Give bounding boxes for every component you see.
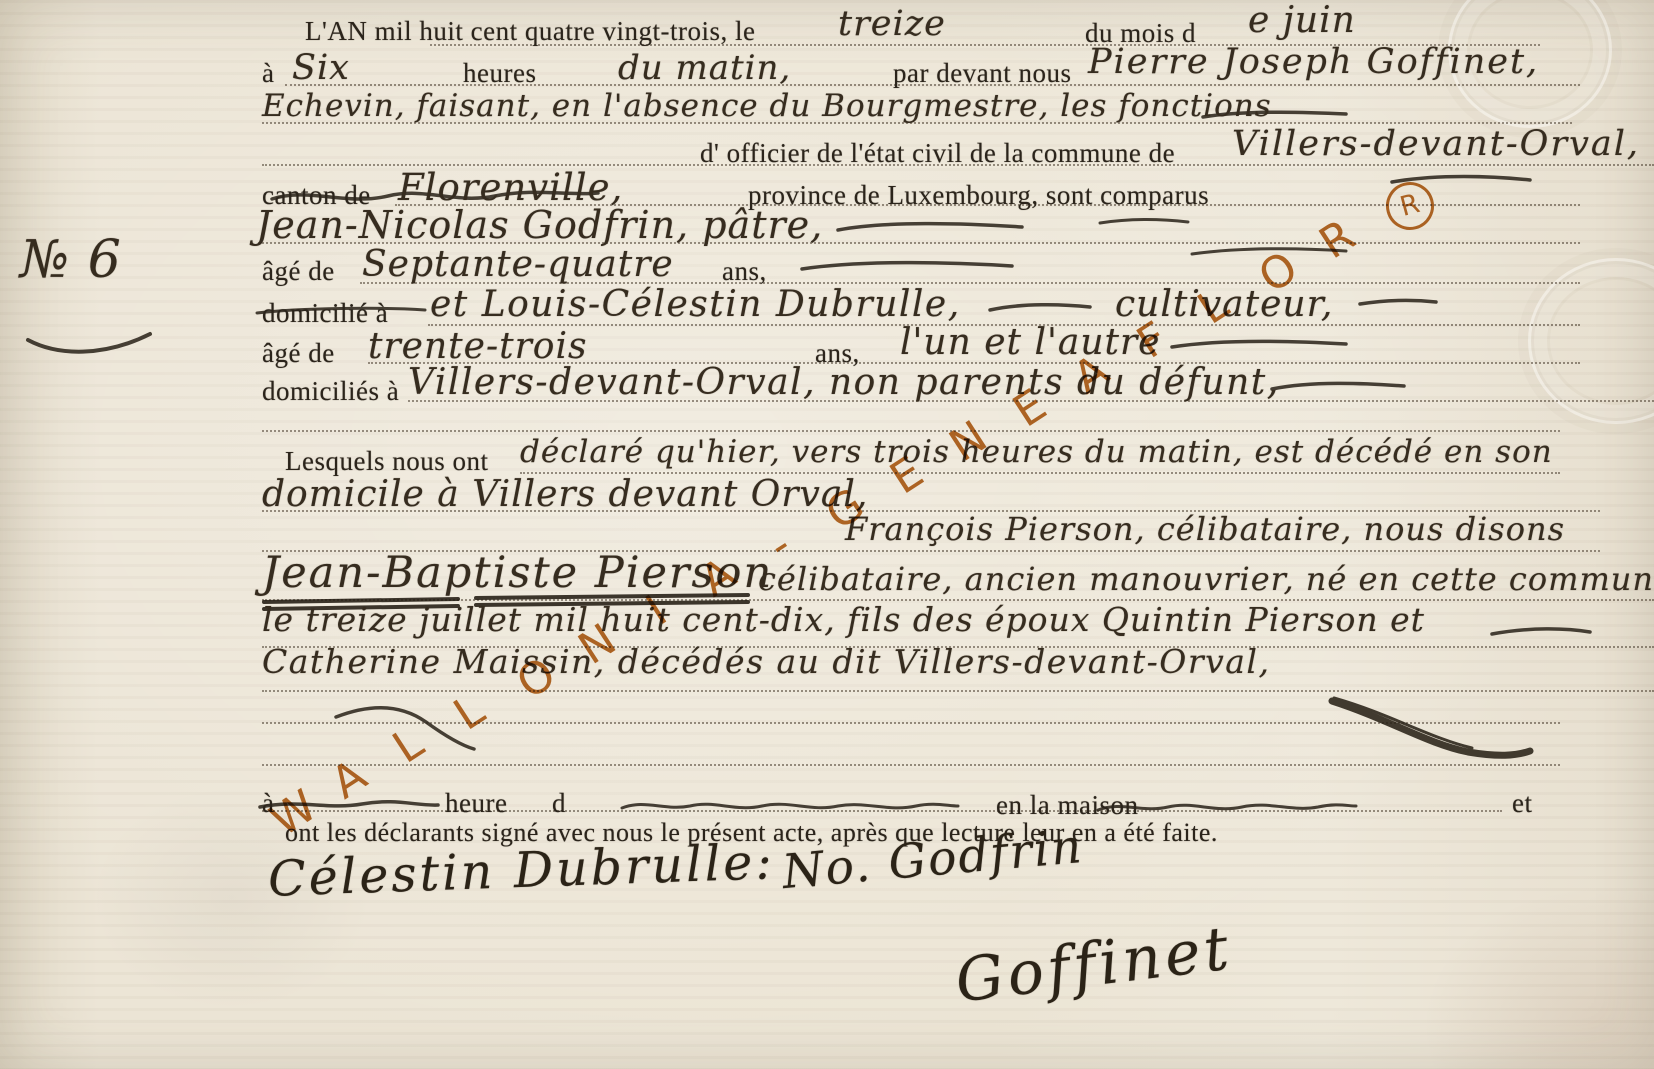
form-text-at: à — [262, 58, 274, 89]
dotted-rule — [262, 764, 1560, 766]
entry-witness2-age: trente-trois — [368, 326, 587, 367]
act-number: № 6 — [20, 230, 122, 290]
form-text-years1: ans, — [722, 256, 767, 287]
l6-filler-dash — [838, 224, 1022, 230]
l10-filler-wave — [1272, 383, 1404, 389]
watermark-letter: R — [1311, 210, 1364, 269]
entry-mother-name: Catherine Maissin, décédés au dit Viller… — [262, 642, 1270, 681]
entry-time-of-day: du matin, — [618, 48, 791, 88]
l20-a-strike-wave — [260, 802, 438, 807]
form-text-d-blank: d — [552, 788, 566, 819]
form-text-at2: à — [262, 788, 274, 819]
l9-filler-dash — [1172, 341, 1346, 347]
entry-hour: Six — [292, 48, 350, 88]
form-text-year: L'AN mil huit cent quatre vingt-trois, l… — [305, 16, 756, 47]
l20-mid-wave — [622, 804, 958, 808]
entry-officer-title: Echevin, faisant, en l'absence du Bourgm… — [262, 88, 1272, 124]
form-text-and: et — [1512, 788, 1533, 819]
l7-filler-dash-right — [1192, 249, 1346, 254]
form-text-before-us: par devant nous — [893, 58, 1071, 89]
entry-witness1-age: Septante-quatre — [362, 244, 674, 285]
entry-witness1-name: Jean-Nicolas Godfrin, pâtre, — [256, 203, 823, 247]
form-text-in-the-house: en la maison — [996, 790, 1138, 821]
signature-officer: Goffinet — [952, 913, 1236, 1016]
entry-declaration: déclaré qu'hier, vers trois heures du ma… — [520, 434, 1553, 470]
death-certificate-page: № 6 L'AN mil huit cent quatre vingt-troi… — [0, 0, 1654, 1069]
entry-witness2-name: et Louis-Célestin Dubrulle, — [430, 284, 961, 325]
form-text-domiciled-at: domiciliés à — [262, 376, 399, 407]
dotted-rule — [262, 690, 1654, 692]
entry-day: treize — [838, 4, 946, 44]
entry-deceased-name: Jean-Baptiste Pierson — [262, 548, 773, 598]
entry-residence: Villers-devant-Orval, non parents du déf… — [408, 362, 1280, 403]
entry-commune: Villers-devant-Orval, — [1232, 124, 1640, 164]
form-text-declared: Lesquels nous ont — [285, 446, 489, 477]
entry-officer-name: Pierre Joseph Goffinet, — [1088, 42, 1539, 82]
entry-correction-note: François Pierson, célibataire, nous diso… — [845, 510, 1565, 548]
num-underline-stroke — [28, 334, 150, 352]
l16-filler-dash — [1492, 629, 1590, 634]
form-text-domiciled-struck: domicilié à — [262, 298, 388, 329]
form-text-hours: heures — [463, 58, 536, 89]
registered-trademark-icon: R — [1381, 177, 1440, 236]
entry-both-of-them: l'un et l'autre — [900, 322, 1160, 363]
form-text-aged2: âgé de — [262, 338, 335, 369]
dotted-rule — [262, 722, 1560, 724]
l8-filler-dash-right — [1360, 300, 1436, 304]
watermark-letter: A — [323, 750, 376, 809]
form-text-hour-blank: heure — [445, 788, 507, 819]
form-text-aged1: âgé de — [262, 256, 335, 287]
l17-big-flourish — [1332, 701, 1530, 755]
entry-birth-and-parents: le treize juillet mil huit cent-dix, fil… — [262, 600, 1425, 639]
l6-filler-dash-right — [1100, 220, 1188, 224]
entry-death-place: domicile à Villers devant Orval, — [262, 474, 868, 515]
entry-witness2-occupation: cultivateur, — [1115, 284, 1333, 325]
form-text-civil-officer: d' officier de l'état civil de la commun… — [700, 138, 1175, 169]
l7-filler-dash — [802, 263, 1012, 269]
l5-filler-dash — [1392, 177, 1530, 183]
entry-deceased-status: célibataire, ancien manouvrier, né en ce… — [758, 560, 1654, 598]
l8-filler-dash-mid — [990, 305, 1090, 310]
l18-flourish — [336, 708, 474, 749]
watermark-letter: L — [445, 684, 493, 740]
entry-month: e juin — [1248, 0, 1356, 41]
dotted-rule — [262, 430, 1560, 432]
